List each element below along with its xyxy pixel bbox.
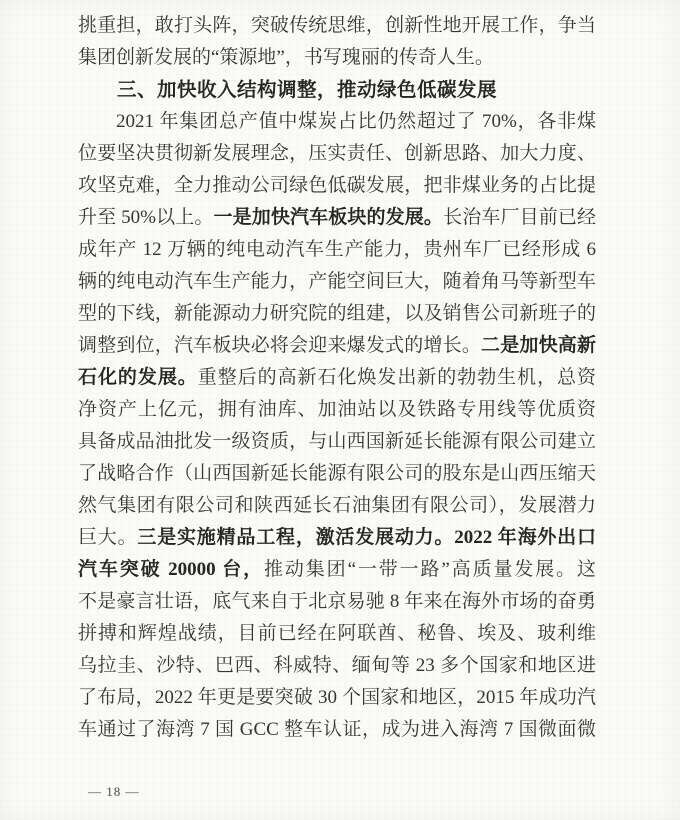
- text-segment: 不是豪言壮语，底气来自于北京易驰 8 年来在海外市场的奋勇: [78, 591, 596, 612]
- text-segment: 2021 年集团总产值中煤炭占比仍然超过了 70%，各非煤单: [78, 111, 596, 138]
- document-page: 挑重担，敢打头阵，突破传统思维，创新性地开展工作，争当集团创新发展的“策源地”，…: [0, 0, 680, 820]
- text-line: 车通过了海湾 7 国 GCC 整车认证，成为进入海湾 7 国微面微卡: [78, 714, 596, 746]
- bold-text-segment: 一是加快汽车板块的发展。: [214, 207, 444, 228]
- text-line: 型的下线，新能源动力研究院的组建，以及销售公司新班子的: [78, 298, 596, 330]
- text-line: 挑重担，敢打头阵，突破传统思维，创新性地开展工作，争当: [78, 10, 596, 42]
- text-segment: 乌拉圭、沙特、巴西、科威特、缅甸等 23 多个国家和地区进行: [78, 655, 596, 682]
- text-segment: 辆的纯电动汽车生产能力，产能空间巨大，随着角马等新型车: [78, 271, 596, 292]
- text-line: 了布局，2022 年更是要突破 30 个国家和地区，2015 年成功汽: [78, 682, 596, 714]
- text-line: 辆的纯电动汽车生产能力，产能空间巨大，随着角马等新型车: [78, 266, 596, 298]
- text-segment: 攻坚克难，全力推动公司绿色低碳发展，把非煤业务的占比提: [78, 175, 596, 196]
- text-segment: 拼搏和辉煌战绩，目前已经在阿联酋、秘鲁、埃及、玻利维亚、: [78, 623, 596, 650]
- text-segment: 集团创新发展的“策源地”，书写瑰丽的传奇人生。: [78, 47, 494, 68]
- text-line: 然气集团有限公司和陕西延长石油集团有限公司），发展潜力: [78, 490, 596, 522]
- bold-text-segment: 二是加快高新: [481, 335, 596, 356]
- bold-text-segment: 石化的发展。: [78, 367, 198, 388]
- text-line: 净资产上亿元，拥有油库、加油站以及铁路专用线等优质资产，: [78, 394, 596, 426]
- text-segment: 推动集团“一带一路”高质量发展。这: [264, 559, 596, 580]
- text-line: 攻坚克难，全力推动公司绿色低碳发展，把非煤业务的占比提: [78, 170, 596, 202]
- bold-text-segment: 三是实施精品工程，激活发展动力。2022 年海外出口: [137, 527, 596, 548]
- bold-text-segment: 汽车突破 20000 台，: [78, 559, 264, 580]
- document-body: 挑重担，敢打头阵，突破传统思维，创新性地开展工作，争当集团创新发展的“策源地”，…: [78, 10, 596, 746]
- text-segment: 具备成品油批发一级资质，与山西国新延长能源有限公司建立: [78, 431, 596, 452]
- text-line: 升至 50%以上。一是加快汽车板块的发展。长治车厂目前已经形: [78, 202, 596, 234]
- text-segment: 然气集团有限公司和陕西延长石油集团有限公司），发展潜力: [78, 495, 596, 516]
- text-line: 具备成品油批发一级资质，与山西国新延长能源有限公司建立: [78, 426, 596, 458]
- text-segment: 了布局，2022 年更是要突破 30 个国家和地区，2015 年成功汽: [78, 687, 596, 708]
- text-line: 成年产 12 万辆的纯电动汽车生产能力，贵州车厂已经形成 6 万: [78, 234, 596, 266]
- text-segment: 调整到位，汽车板块必将会迎来爆发式的增长。: [78, 335, 481, 356]
- text-line: 调整到位，汽车板块必将会迎来爆发式的增长。二是加快高新: [78, 330, 596, 362]
- text-segment: 了战略合作（山西国新延长能源有限公司的股东是山西压缩天: [78, 463, 596, 484]
- text-line: 2021 年集团总产值中煤炭占比仍然超过了 70%，各非煤单: [78, 106, 596, 138]
- text-segment: 型的下线，新能源动力研究院的组建，以及销售公司新班子的: [78, 303, 596, 324]
- text-line: 不是豪言壮语，底气来自于北京易驰 8 年来在海外市场的奋勇: [78, 586, 596, 618]
- text-line: 巨大。三是实施精品工程，激活发展动力。2022 年海外出口: [78, 522, 596, 554]
- text-line: 位要坚决贯彻新发展理念，压实责任、创新思路、加大力度、: [78, 138, 596, 170]
- text-line: 了战略合作（山西国新延长能源有限公司的股东是山西压缩天: [78, 458, 596, 490]
- text-segment: 升至 50%以上。: [78, 207, 214, 228]
- text-segment: 巨大。: [78, 527, 137, 548]
- text-segment: 净资产上亿元，拥有油库、加油站以及铁路专用线等优质资产，: [78, 399, 596, 426]
- text-line: 石化的发展。重整后的高新石化焕发出新的勃勃生机，总资产、: [78, 362, 596, 394]
- text-line: 集团创新发展的“策源地”，书写瑰丽的传奇人生。: [78, 42, 596, 74]
- text-line: 拼搏和辉煌战绩，目前已经在阿联酋、秘鲁、埃及、玻利维亚、: [78, 618, 596, 650]
- text-segment: 位要坚决贯彻新发展理念，压实责任、创新思路、加大力度、: [78, 143, 596, 164]
- text-line: 乌拉圭、沙特、巴西、科威特、缅甸等 23 多个国家和地区进行: [78, 650, 596, 682]
- text-segment: 成年产 12 万辆的纯电动汽车生产能力，贵州车厂已经形成 6 万: [78, 239, 596, 266]
- bold-text-segment: 三、加快收入结构调整，推动绿色低碳发展: [117, 79, 497, 101]
- text-segment: 挑重担，敢打头阵，突破传统思维，创新性地开展工作，争当: [78, 15, 596, 36]
- section-heading: 三、加快收入结构调整，推动绿色低碳发展: [78, 74, 596, 106]
- text-line: 汽车突破 20000 台，推动集团“一带一路”高质量发展。这: [78, 554, 596, 586]
- page-number: — 18 —: [88, 784, 140, 800]
- text-segment: 车通过了海湾 7 国 GCC 整车认证，成为进入海湾 7 国微面微卡: [78, 719, 596, 746]
